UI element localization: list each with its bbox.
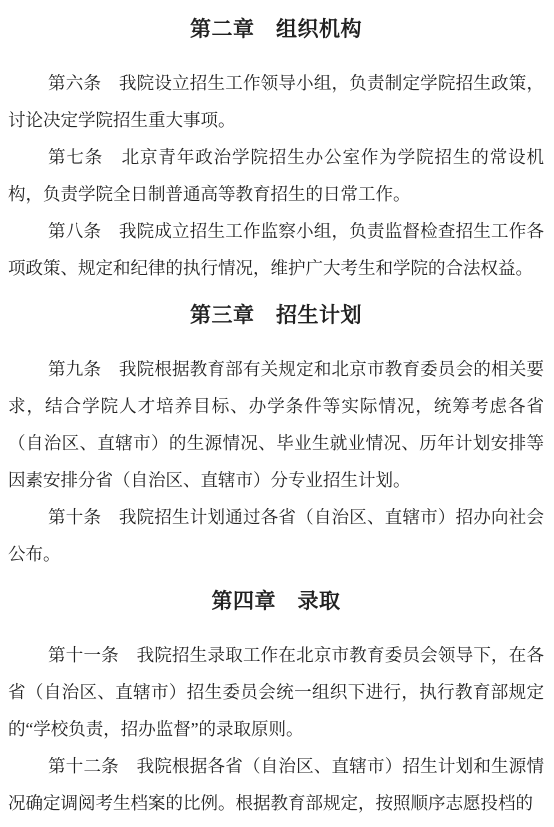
article-9-paragraph: 第九条 我院根据教育部有关规定和北京市教育委员会的相关要求，结合学院人才培养目标… [8,351,544,499]
article-6-paragraph: 第六条 我院设立招生工作领导小组，负责制定学院招生政策，讨论决定学院招生重大事项… [8,65,544,139]
section-chapter-2: 第二章 组织机构 第六条 我院设立招生工作领导小组，负责制定学院招生政策，讨论决… [8,15,544,287]
article-10-paragraph: 第十条 我院招生计划通过各省（自治区、直辖市）招办向社会公布。 [8,499,544,573]
article-7-paragraph: 第七条 北京青年政治学院招生办公室作为学院招生的常设机构，负责学院全日制普通高等… [8,139,544,213]
document-page: 第二章 组织机构 第六条 我院设立招生工作领导小组，负责制定学院招生政策，讨论决… [0,0,554,827]
article-11-paragraph: 第十一条 我院招生录取工作在北京市教育委员会领导下，在各省（自治区、直辖市）招生… [8,637,544,748]
article-12-paragraph: 第十二条 我院根据各省（自治区、直辖市）招生计划和生源情况确定调阅考生档案的比例… [8,748,544,822]
chapter-2-heading: 第二章 组织机构 [8,15,544,43]
chapter-3-heading: 第三章 招生计划 [8,301,544,329]
chapter-4-heading: 第四章 录取 [8,587,544,615]
section-chapter-3: 第三章 招生计划 第九条 我院根据教育部有关规定和北京市教育委员会的相关要求，结… [8,301,544,573]
article-8-paragraph: 第八条 我院成立招生工作监察小组，负责监督检查招生工作各项政策、规定和纪律的执行… [8,213,544,287]
section-chapter-4: 第四章 录取 第十一条 我院招生录取工作在北京市教育委员会领导下，在各省（自治区… [8,587,544,822]
